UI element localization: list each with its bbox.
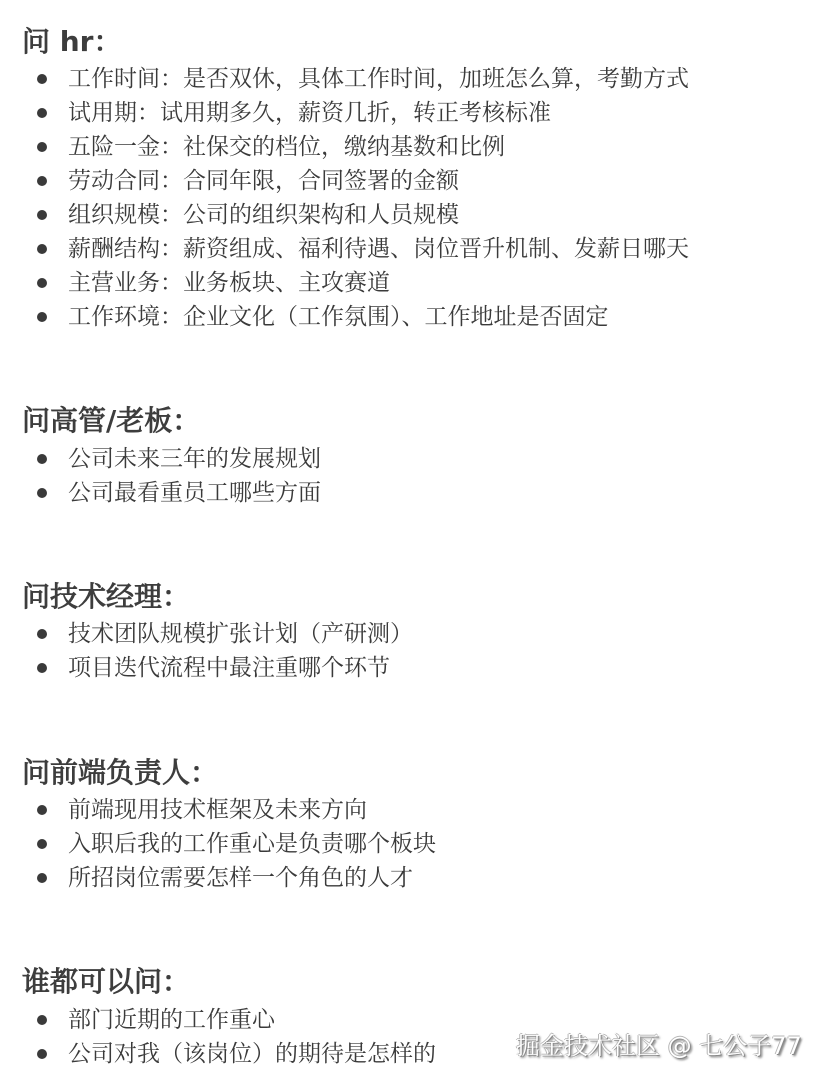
item-text: 主营业务：业务板块、主攻赛道: [68, 266, 390, 300]
item-text: 薪酬结构：薪资组成、福利待遇、岗位晋升机制、发薪日哪天: [68, 232, 689, 266]
item-text: 项目迭代流程中最注重哪个环节: [68, 651, 390, 685]
item-text: 技术团队规模扩张计划（产研测）: [68, 617, 413, 651]
item-text: 工作环境：企业文化（工作氛围）、工作地址是否固定: [68, 300, 609, 334]
item-text: 所招岗位需要怎样一个角色的人才: [68, 861, 413, 895]
item-text: 公司最看重员工哪些方面: [68, 476, 321, 510]
item-text: 部门近期的工作重心: [68, 1003, 275, 1037]
item-text: 工作时间：是否双休，具体工作时间，加班怎么算，考勤方式: [68, 62, 689, 96]
bullet-icon: [37, 1049, 47, 1059]
item-text: 公司未来三年的发展规划: [68, 442, 321, 476]
item-text: 入职后我的工作重心是负责哪个板块: [68, 827, 436, 861]
bullet-icon: [37, 74, 47, 84]
item-text: 五险一金：社保交的档位，缴纳基数和比例: [68, 130, 505, 164]
bullet-icon: [37, 278, 47, 288]
bullet-icon: [37, 312, 47, 322]
item-text: 前端现用技术框架及未来方向: [68, 793, 367, 827]
item-text: 劳动合同：合同年限，合同签署的金额: [68, 164, 459, 198]
item-text: 试用期：试用期多久，薪资几折，转正考核标准: [68, 96, 551, 130]
section-title: 问高管/老板：: [22, 403, 200, 439]
bullet-icon: [37, 176, 47, 186]
item-text: 组织规模：公司的组织架构和人员规模: [68, 198, 459, 232]
bullet-icon: [37, 454, 47, 464]
bullet-icon: [37, 244, 47, 254]
item-text: 公司对我（该岗位）的期待是怎样的: [68, 1037, 436, 1071]
watermark: 掘金技术社区 @ 七公子77: [516, 1026, 802, 1061]
section-title: 谁都可以问：: [22, 964, 190, 1000]
bullet-icon: [37, 873, 47, 883]
section-title: 问前端负责人：: [22, 755, 218, 791]
bullet-icon: [37, 663, 47, 673]
section-title: 问 hr：: [22, 24, 122, 60]
bullet-icon: [37, 108, 47, 118]
bullet-icon: [37, 142, 47, 152]
bullet-icon: [37, 210, 47, 220]
bullet-icon: [37, 629, 47, 639]
bullet-icon: [37, 1015, 47, 1025]
bullet-icon: [37, 805, 47, 815]
bullet-icon: [37, 488, 47, 498]
section-title: 问技术经理：: [22, 579, 190, 615]
bullet-icon: [37, 839, 47, 849]
